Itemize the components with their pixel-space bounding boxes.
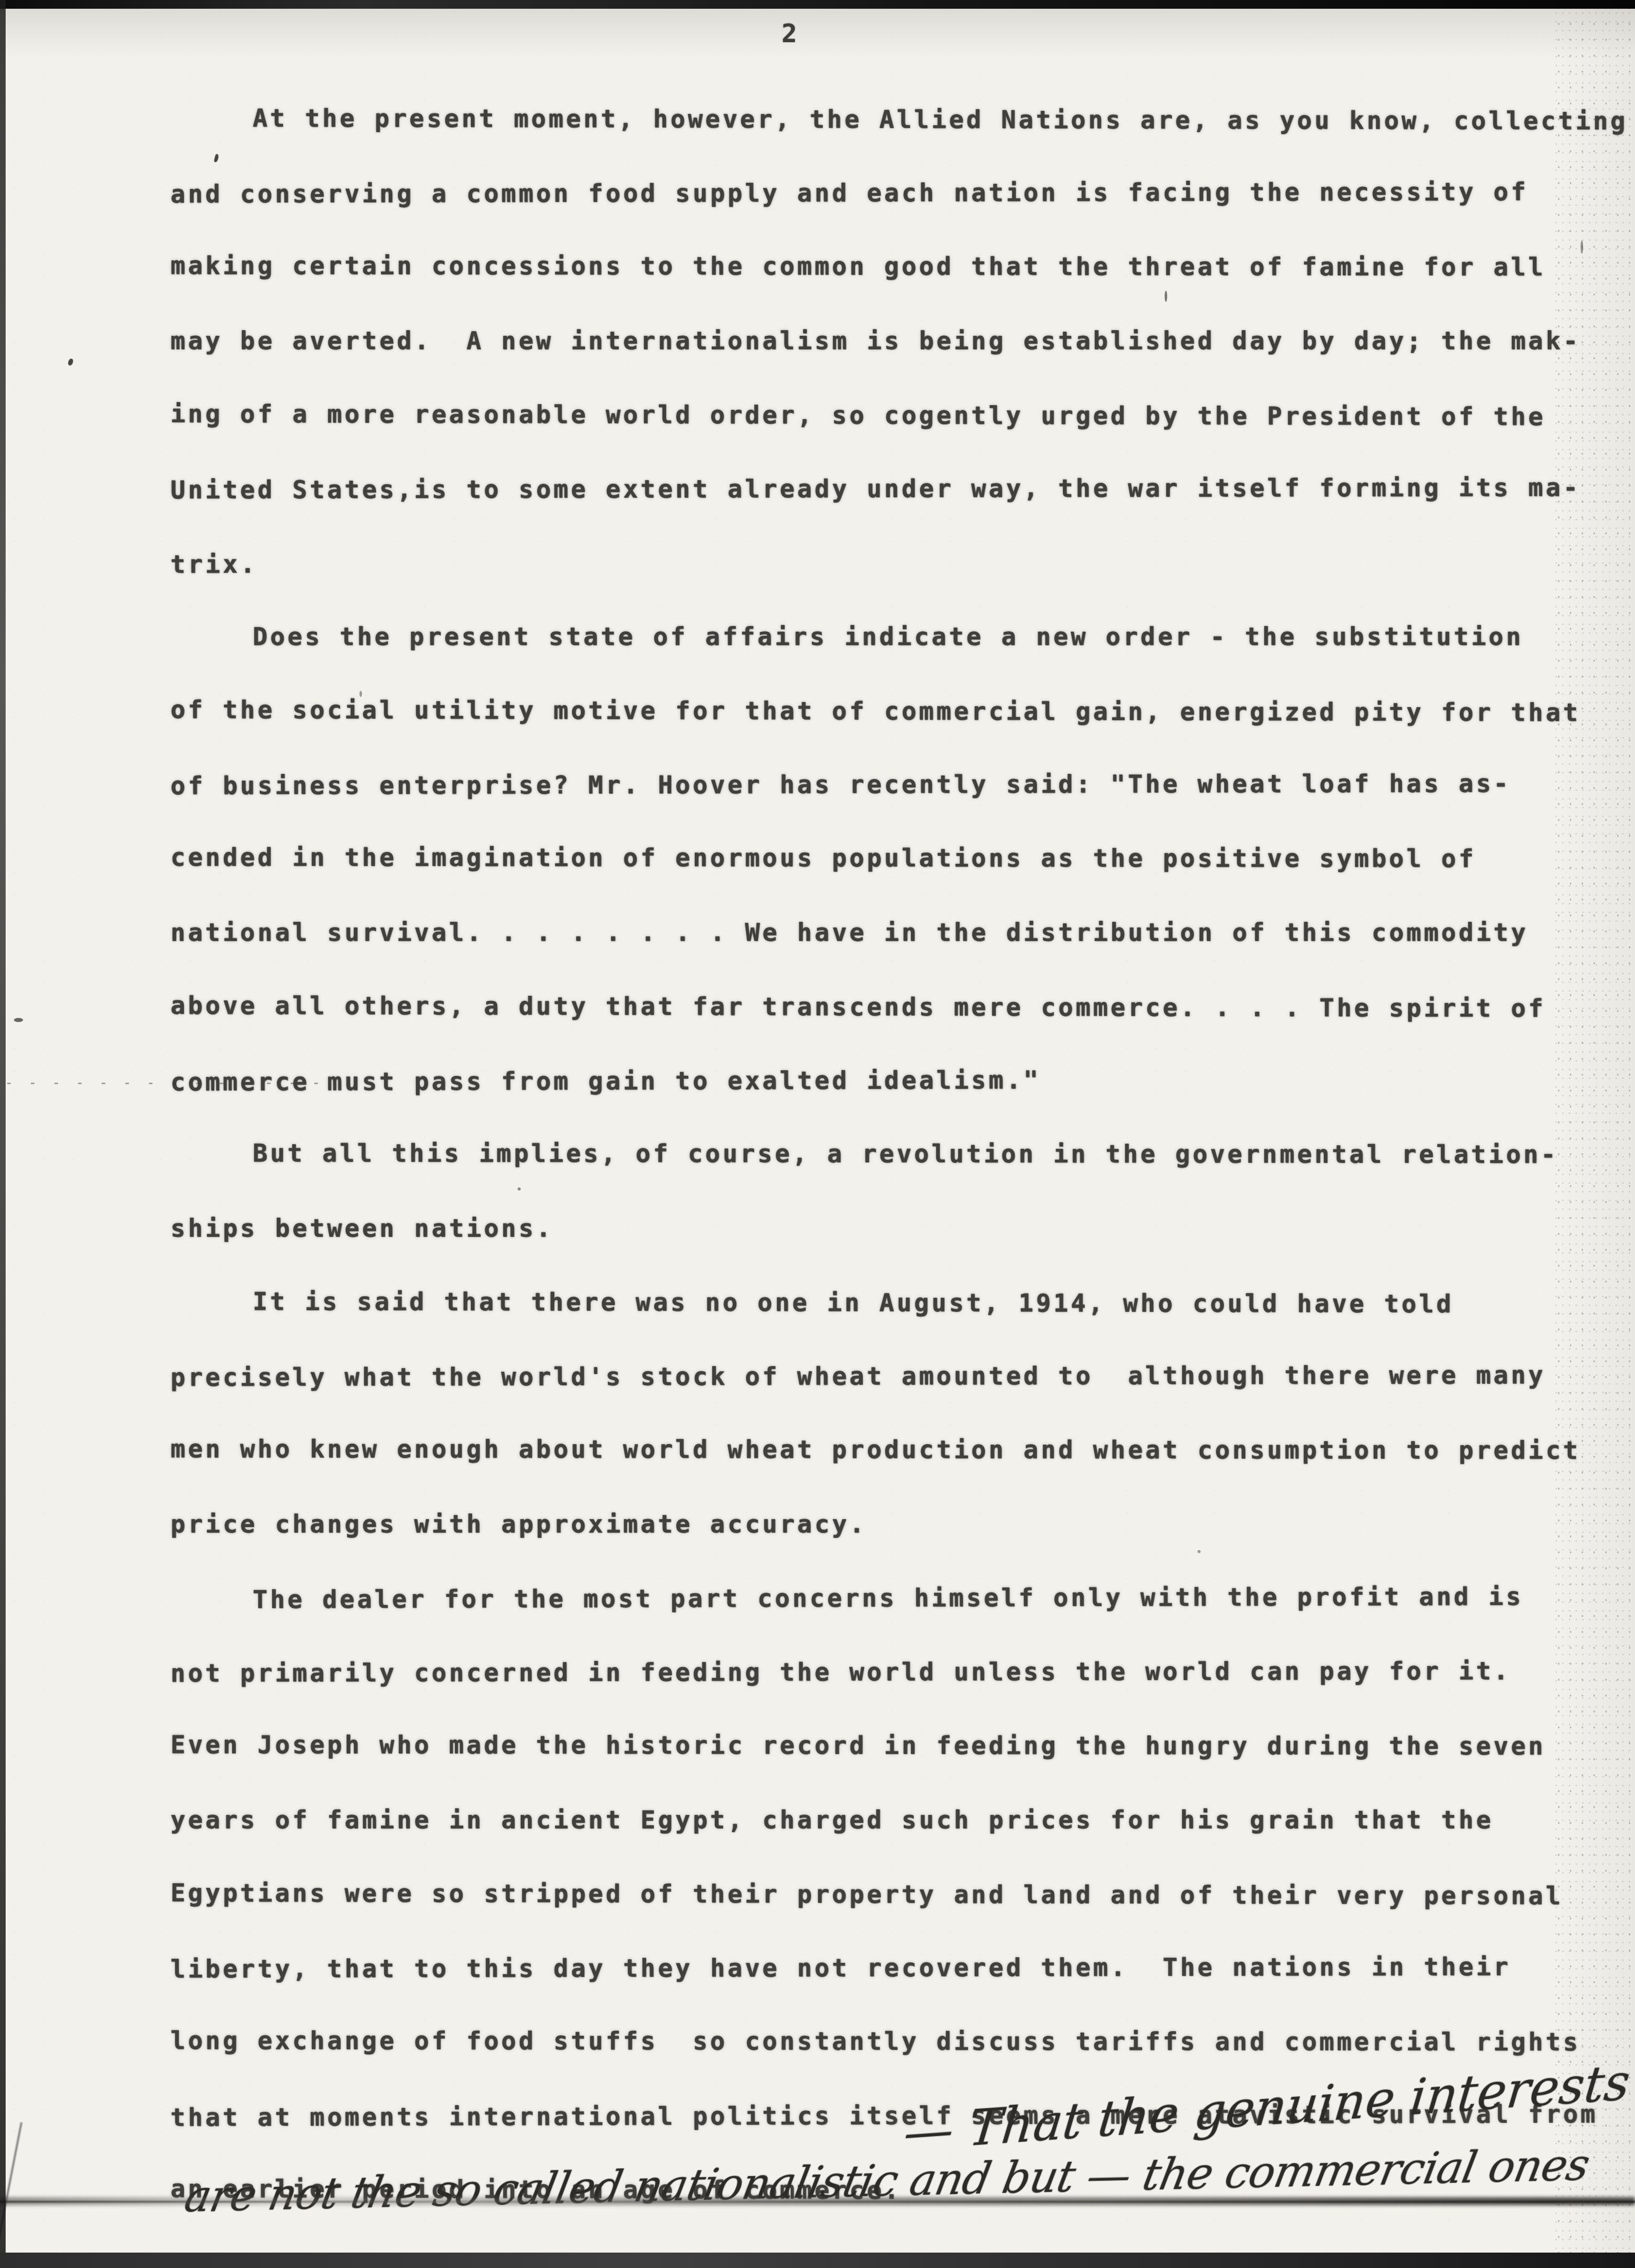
typed-line: trix. [170, 524, 1588, 602]
typed-line: ing of a more reasonable world order, so… [170, 377, 1588, 454]
typed-line: national survival. . . . . . . . We have… [170, 896, 1588, 970]
typed-line: United States,is to some extent already … [170, 451, 1588, 527]
typed-line: men who knew enough about world wheat pr… [170, 1412, 1588, 1488]
ink-speck [1165, 291, 1167, 302]
typed-line: At the present moment, however, the Alli… [170, 81, 1588, 158]
scan-top-shading [0, 9, 1635, 58]
typed-line: long exchange of food stuffs so constant… [170, 2004, 1588, 2080]
typed-line: years of famine in ancient Egypt, charge… [170, 1783, 1588, 1857]
scan-crease-line [0, 2201, 1635, 2203]
page-number: 2 [782, 18, 799, 48]
typed-line: not primarily concerned in feeding the w… [170, 1634, 1588, 1711]
ink-speck [14, 1018, 23, 1022]
typed-line: price changes with approximate accuracy. [170, 1487, 1588, 1561]
scan-edge-left [0, 0, 6, 2260]
typed-line: ships between nations. [170, 1192, 1588, 1265]
typed-line: liberty, that to this day they have not … [170, 1930, 1588, 2007]
ink-speck [518, 1187, 521, 1190]
typed-lines: At the present moment, however, the Alli… [170, 82, 1588, 2227]
ink-speck [1197, 1550, 1201, 1553]
typed-line: Does the present state of affairs indica… [170, 600, 1588, 674]
typed-line: precisely what the world's stock of whea… [170, 1338, 1588, 1415]
typed-line: The dealer for the most part concerns hi… [170, 1560, 1588, 1637]
typed-line: cended in the imagination of enormous po… [170, 821, 1588, 896]
faint-dotted-scan-line [7, 1083, 326, 1084]
scan-edge-top [0, 0, 1635, 9]
typed-line: Egyptians were so stripped of their prop… [170, 1856, 1588, 1933]
scanned-typescript-page: 2 At the present moment, however, the Al… [0, 0, 1635, 2268]
typed-line: of business enterprise? Mr. Hoover has r… [170, 747, 1588, 823]
ink-speck [359, 691, 362, 697]
typed-line: It is said that there was no one in Augu… [170, 1264, 1588, 1341]
typed-line: of the social utility motive for that of… [170, 673, 1588, 750]
typed-line: commerce must pass from gain to exalted … [170, 1042, 1588, 1120]
typed-line: Even Joseph who made the historic record… [170, 1708, 1588, 1784]
typed-line: may be averted. A new internationalism i… [170, 304, 1588, 378]
typed-line: making certain concessions to the common… [170, 229, 1588, 305]
typed-line: But all this implies, of course, a revol… [170, 1117, 1588, 1192]
typed-line: above all others, a duty that far transc… [170, 969, 1588, 1046]
ink-speck [1581, 240, 1583, 254]
scan-edge-bottom [0, 2253, 1635, 2268]
typed-line: and conserving a common food supply and … [170, 155, 1588, 232]
